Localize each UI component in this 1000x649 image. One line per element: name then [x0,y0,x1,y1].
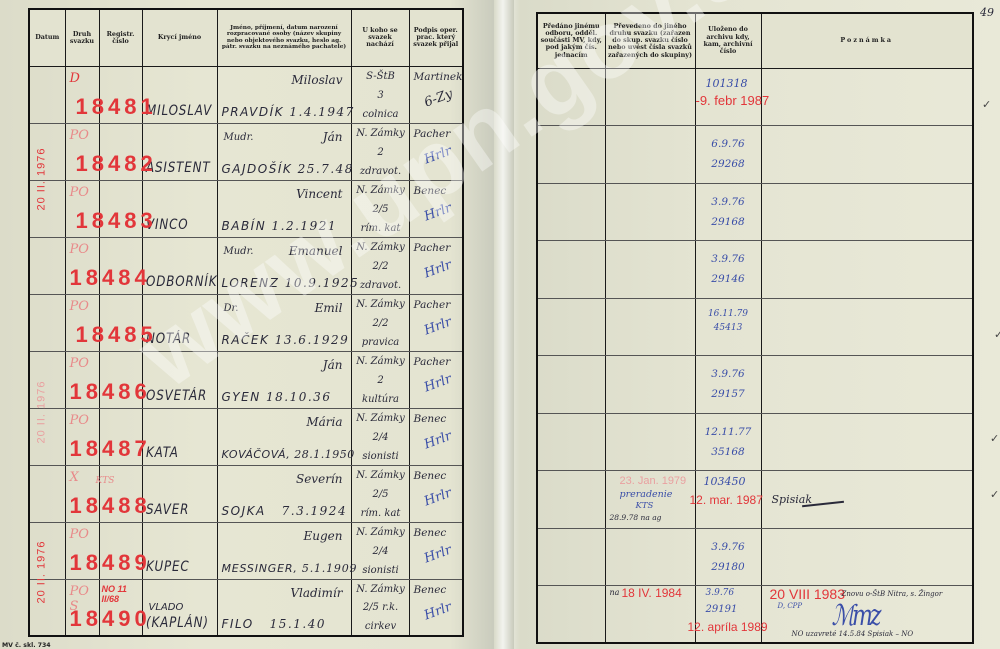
check-mark: ✓ [990,488,999,501]
druh-svazku: PO [70,242,89,257]
surname: GYEN 18.10.36 [222,390,332,404]
surname: RAČEK 13.6.1929 [222,333,350,347]
right-page: Předáno jinému odboru, odděl. součásti M… [536,12,972,638]
cell-u-koho: N. Zámky2kultúra [351,351,409,408]
officer-signature: Martinek [414,71,463,83]
registration-number-stamp: 18489 [70,550,151,576]
cell-poznamka: Spisiak [761,471,973,529]
cover-name: ODBORNÍK [146,274,217,290]
cell-predano [537,528,605,586]
officer-signature: Pacher [414,242,451,254]
cell-u-koho: N. Zámky2/4sionisti [351,408,409,465]
cell-predano [537,471,605,529]
registration-number-stamp: 18484 [70,265,151,291]
archive-number: 103450 [704,475,746,488]
cell-prevedeno [605,413,695,471]
cell-jmeno: VincentBABÍN 1.2.1921 [217,180,351,237]
table-row: PO 18483 VINCO VincentBABÍN 1.2.1921 N. … [29,180,463,237]
cell-podpis: PacherHrlr [409,123,463,180]
table-row: PO 18485 NOTÁR Dr.EmilRAČEK 13.6.1929 N.… [29,294,463,351]
cell-podpis: Martinek6-Zy [409,66,463,123]
cell-poznamka [761,356,973,414]
cell-jmeno: JánGYEN 18.10.36 [217,351,351,408]
officer-signature: Benec [414,413,447,425]
cell-u-koho: S-ŠtB3colnica [351,66,409,123]
holder-info: N. Zámky2/2pravica [355,299,407,348]
officer-signature: Benec [414,584,447,596]
cover-name: OSVETÁR [146,388,207,404]
table-row: 12.11.7735168 [537,413,973,471]
officer-signature: Benec [414,527,447,539]
cell-registr: 18489 [99,522,142,579]
title-prefix: Dr. [224,303,239,314]
initials: Hrlr [422,599,453,623]
cell-podpis: PacherHrlr [409,351,463,408]
cell-registr: 18487 [99,408,142,465]
cell-ulozeno: 16.11.7945413 [695,298,761,356]
cell-datum [29,465,65,522]
form-code: MV č. skl. 734 [2,642,51,649]
cell-ulozeno: 3.9.76 29191 12. apríla 1989 [695,586,761,644]
druh-svazku: PO [70,413,89,428]
first-name: Ján [323,130,343,144]
cell-prevedeno [605,298,695,356]
cell-poznamka [761,528,973,586]
surname: MESSINGER, 5.1.1909 [222,562,358,575]
cell-ulozeno: 3.9.7629168 [695,183,761,241]
table-row: D 18481 MILOSLAV Miloslav PRAVDÍK 1.4.19… [29,66,463,123]
cell-u-koho: N. Zámky2/5 r.k.cirkev [351,579,409,636]
surname: SOJKA 7.3.1924 [222,504,348,518]
header-registr-cislo: Registr. číslo [99,9,142,66]
registration-number-stamp: 18483 [76,208,157,234]
holder-info: N. Zámky2/5rím. kat [355,185,407,234]
cell-registr: 18481 [99,66,142,123]
registration-number-stamp: 18486 [70,379,151,405]
cell-podpis: BenecHrlr [409,465,463,522]
first-name: Emanuel [289,244,343,258]
header-ulozeno: Uloženo do archivu kdy, kam, archivní čí… [695,13,761,68]
holder-info: N. Zámky2/4sionisti [355,527,407,576]
table-row: 23. Jan. 1979 preradenie KTS 28.9.78 na … [537,471,973,529]
registration-number-stamp: 18487 [70,436,151,462]
cover-name: KUPEC [146,559,190,575]
cell-kryci: VLADO(KAPLÁN) [142,579,217,636]
archive-date-stamp: 12. mar. 1987 [690,493,763,507]
cell-ulozeno: 101318-9. febr 1987 [695,68,761,126]
cell-podpis: PacherHrlr [409,237,463,294]
table-row: 3.9.7629157 [537,356,973,414]
cell-poznamka [761,298,973,356]
officer-signature: Benec [414,470,447,482]
cell-jmeno: MáriaKOVÁČOVÁ, 28.1.1950 [217,408,351,465]
table-row: 101318-9. febr 1987 [537,68,973,126]
cover-name: SAVER [146,502,189,518]
druh-svazku: PO [70,185,89,200]
title-prefix: Mudr. [224,132,254,143]
holder-info: N. Zámky2/5rím. kat [355,470,407,519]
header-datum: Datum [29,9,65,66]
initials: Hrlr [422,485,453,509]
cell-prevedeno [605,528,695,586]
initials: Hrlr [422,257,453,281]
archive-entry: 16.11.7945413 [696,307,761,336]
officer-signature: Pacher [414,299,451,311]
archive-number: 101318 [706,77,748,90]
cell-ulozeno: 3.9.7629180 [695,528,761,586]
table-row: 3.9.7629168 [537,183,973,241]
cell-u-koho: N. Zámky2zdravot. [351,123,409,180]
cell-jmeno: Mudr.EmanuelLORENZ 10.9.1925 [217,237,351,294]
archive-number: 29191 [706,604,738,615]
cell-registr: 18485 [99,294,142,351]
table-row: PO 18484 ODBORNÍK Mudr.EmanuelLORENZ 10.… [29,237,463,294]
first-name: Miloslav [291,73,342,87]
archive-date-stamp: 12. apríla 1989 [688,620,768,634]
table-row: PO 18487 KATA MáriaKOVÁČOVÁ, 28.1.1950 N… [29,408,463,465]
cell-podpis: BenecHrlr [409,408,463,465]
druh-svazku: D [70,71,80,86]
cell-registr: 18486 [99,351,142,408]
first-name: Ján [323,358,343,372]
first-name: Vincent [296,187,342,201]
cell-predano [537,126,605,184]
cell-kryci: KUPEC [142,522,217,579]
date-stamp: 20 II. 1976 [36,148,48,211]
check-mark: ✓ [982,98,991,111]
header-poznamka: Poznámka [761,13,973,68]
registration-number-stamp: 18488 [70,493,151,519]
holder-info: N. Zámky2/4sionisti [355,413,407,462]
transfer-prefix: na [610,588,620,597]
archive-entry: 3.9.7629168 [696,192,761,233]
cell-poznamka [761,183,973,241]
cell-predano [537,356,605,414]
table-row: PO 18486 OSVETÁR JánGYEN 18.10.36 N. Zám… [29,351,463,408]
cell-poznamka [761,126,973,184]
druh-svazku: PO [70,299,89,314]
cell-datum [29,237,65,294]
cell-prevedeno: 23. Jan. 1979 preradenie KTS 28.9.78 na … [605,471,695,529]
cell-predano [537,183,605,241]
cell-jmeno: Miloslav PRAVDÍK 1.4.1947 [217,66,351,123]
cover-name: (KAPLÁN) [146,615,209,631]
page-number: 49 [980,6,994,19]
transfer-date-stamp: 23. Jan. 1979 [620,475,687,487]
initials: Hrlr [422,371,453,395]
header-kryci-jmeno: Krycí jméno [142,9,217,66]
cell-ulozeno: 3.9.7629146 [695,241,761,299]
reg-note: NO 11 II/68 [102,584,142,604]
holder-info: N. Zámky2zdravot. [355,128,407,177]
table-row: PO 18489 KUPEC EugenMESSINGER, 5.1.1909 … [29,522,463,579]
cell-kryci: SAVER [142,465,217,522]
cell-prevedeno [605,68,695,126]
cell-predano [537,413,605,471]
archive-entry: 3.9.7629180 [696,537,761,578]
header-druh-svazku: Druh svazku [65,9,99,66]
archive-date-stamp: -9. febr 1987 [696,93,770,108]
surname: KOVÁČOVÁ, 28.1.1950 [222,448,355,461]
initials: Hrlr [422,428,453,452]
cell-u-koho: N. Zámky2/5rím. kat [351,180,409,237]
cell-prevedeno [605,183,695,241]
surname: GAJDOŠÍK 25.7.48 [222,162,354,176]
cell-predano [537,298,605,356]
cell-predano [537,241,605,299]
cell-jmeno: Dr.EmilRAČEK 13.6.1929 [217,294,351,351]
note-text: Znovu o-ŠtB Nitra, s. Žingor [842,590,943,598]
check-mark: ✓ [990,432,999,445]
holder-info: N. Zámky2/2zdravot. [355,242,407,291]
transfer-note-kts: KTS [636,501,654,511]
cell-jmeno: Mudr.JánGAJDOŠÍK 25.7.48 [217,123,351,180]
registration-number-stamp: 18485 [76,322,157,348]
table-row: 3.9.7629180 [537,528,973,586]
cell-prevedeno [605,126,695,184]
cell-predano [537,68,605,126]
cell-kryci: KATA [142,408,217,465]
table-row: 16.11.7945413 [537,298,973,356]
initials: Hrlr [422,314,453,338]
first-name: Severín [296,472,343,486]
book-gutter [494,0,514,649]
archive-entry: 3.9.7629146 [696,249,761,290]
cell-poznamka: 20 VIII 1983 Znovu o-ŠtB Nitra, s. Žingo… [761,586,973,644]
cell-prevedeno [605,241,695,299]
holder-info: N. Zámky2kultúra [355,356,407,405]
cell-ulozeno: 6.9.7629268 [695,126,761,184]
cell-datum [29,66,65,123]
cell-registr: 18488 [99,465,142,522]
cell-jmeno: EugenMESSINGER, 5.1.1909 [217,522,351,579]
table-row: 6.9.7629268 [537,126,973,184]
cell-ulozeno: 10345012. mar. 1987 [695,471,761,529]
archive-entry: 3.9.7629157 [696,364,761,405]
archive-entry: 6.9.7629268 [696,134,761,175]
cell-poznamka [761,413,973,471]
right-ledger-table: Předáno jinému odboru, odděl. součásti M… [536,12,974,644]
officer-signature: Benec [414,185,447,197]
cell-poznamka [761,241,973,299]
first-name: Emil [315,301,343,315]
cell-registr: 18483 [99,180,142,237]
cell-podpis: PacherHrlr [409,294,463,351]
left-page: Datum Druh svazku Registr. číslo Krycí j… [28,8,462,638]
cell-jmeno: SeverínSOJKA 7.3.1924 [217,465,351,522]
holder-info: S-ŠtB3colnica [355,71,407,120]
cell-ulozeno: 12.11.7735168 [695,413,761,471]
cell-kryci: ODBORNÍK [142,237,217,294]
table-row: PO 18482 ASISTENT Mudr.JánGAJDOŠÍK 25.7.… [29,123,463,180]
date-stamp: 20 II. 1976 [36,381,48,444]
registration-number-stamp: 18490 [70,606,151,632]
cell-podpis: BenecHrlr [409,180,463,237]
cell-u-koho: N. Zámky2/2zdravot. [351,237,409,294]
cell-u-koho: N. Zámky2/5rím. kat [351,465,409,522]
cell-prevedeno: na 18 IV. 1984 [605,586,695,644]
transfer-note: preradenie [620,489,673,500]
initials: Hrlr [422,542,453,566]
holder-info: N. Zámky2/5 r.k.cirkev [355,584,407,633]
registration-number-stamp: 18481 [76,94,157,120]
header-jmeno: Jméno, příjmení, datum narození rozpraco… [217,9,351,66]
title-prefix: Mudr. [224,246,254,257]
cover-name-alt: VLADO [149,602,184,613]
table-row: na 18 IV. 1984 3.9.76 29191 12. apríla 1… [537,586,973,644]
first-name: Vladimír [290,586,342,600]
signature-scribble: ℳmz [832,600,879,633]
cell-registr: 18482 [99,123,142,180]
archive-date: 3.9.76 [706,588,735,598]
surname: FILO 15.1.40 [222,617,326,631]
transfer-note-date: 28.9.78 na ag [610,513,662,522]
surname: PRAVDÍK 1.4.1947 [222,105,355,119]
archive-entry: 12.11.7735168 [696,422,761,463]
surname: BABÍN 1.2.1921 [222,219,337,233]
initials: Hrlr [422,143,453,167]
date-stamp: 20 II. 1976 [36,541,48,604]
note-code: D, CPP [778,602,803,610]
druh-svazku: PO [70,128,89,143]
table-row: XKTS 18488 SAVER SeverínSOJKA 7.3.1924 N… [29,465,463,522]
cell-ulozeno: 3.9.7629157 [695,356,761,414]
table-row: 3.9.7629146 [537,241,973,299]
cell-predano [537,586,605,644]
surname: LORENZ 10.9.1925 [222,276,360,290]
header-podpis: Podpis oper. prac. který svazek přijal [409,9,463,66]
cell-jmeno: VladimírFILO 15.1.40 [217,579,351,636]
initials: Hrlr [422,200,453,224]
first-name: Mária [306,415,342,429]
transfer-date-stamp: 18 IV. 1984 [622,586,682,600]
registration-number-stamp: 18482 [76,151,157,177]
officer-signature: Pacher [414,128,451,140]
initials: 6-Zy [422,86,454,110]
cell-kryci: OSVETÁR [142,351,217,408]
cell-registr: 18484 [99,237,142,294]
druh-svazku: PO [70,356,89,371]
left-ledger-table: Datum Druh svazku Registr. číslo Krycí j… [28,8,464,637]
cell-u-koho: N. Zámky2/4sionisti [351,522,409,579]
cell-u-koho: N. Zámky2/2pravica [351,294,409,351]
druh-svazku: PO [70,527,89,542]
cell-podpis: BenecHrlr [409,579,463,636]
header-predano: Předáno jinému odboru, odděl. součásti M… [537,13,605,68]
officer-signature: Pacher [414,356,451,368]
cell-datum [29,294,65,351]
cell-poznamka [761,68,973,126]
druh-svazku-crossed: X [70,470,79,485]
header-prevedeno: Převedeno do jiného druhu svazku (zařaze… [605,13,695,68]
cell-podpis: BenecHrlr [409,522,463,579]
header-u-koho: U koho se svazek nachází [351,9,409,66]
cell-prevedeno [605,356,695,414]
first-name: Eugen [304,529,343,543]
cell-registr: NO 11 II/6818490 [99,579,142,636]
check-mark: ✓ [994,328,1000,341]
table-row: PO S NO 11 II/6818490 VLADO(KAPLÁN) Vlad… [29,579,463,636]
